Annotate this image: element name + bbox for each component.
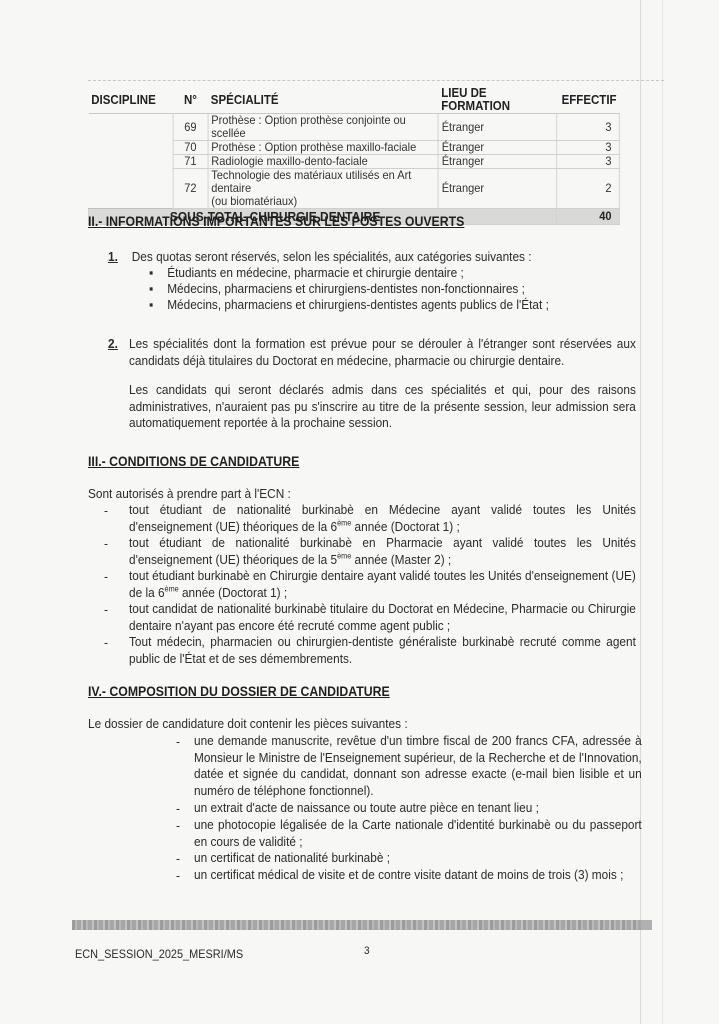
section-4-title: IV.- COMPOSITION DU DOSSIER DE CANDIDATU… xyxy=(88,684,390,701)
row-lieu: Étranger xyxy=(438,114,557,141)
condition-item: tout étudiant de nationalité burkinabè e… xyxy=(129,535,636,568)
header-specialite: SPÉCIALITÉ xyxy=(208,87,438,114)
dash-bullet-icon: - xyxy=(176,734,180,751)
dossier-item: une photocopie légalisée de la Carte nat… xyxy=(194,817,642,850)
dash-bullet-icon: - xyxy=(176,801,180,818)
row-effectif: 3 xyxy=(557,114,619,141)
section-2-title: II.- INFORMATIONS IMPORTANTES SUR LES PO… xyxy=(88,214,464,231)
dossier-item: un extrait d'acte de naissance ou toute … xyxy=(194,800,642,817)
table-row: 69 Prothèse : Option prothèse conjointe … xyxy=(88,114,619,141)
row-specialite: Radiologie maxillo-dento-faciale xyxy=(208,155,438,169)
row-specialite-line1: Technologie des matériaux utilisés en Ar… xyxy=(211,169,435,195)
row-lieu: Étranger xyxy=(438,141,557,155)
row-specialite-line2: (ou biomatériaux) xyxy=(211,195,435,208)
row-specialite: Technologie des matériaux utilisés en Ar… xyxy=(208,169,438,209)
footer-rule xyxy=(72,920,641,930)
square-bullet-icon: ▪ xyxy=(149,281,162,298)
quota-bullet: ▪Médecins, pharmaciens et chirurgiens-de… xyxy=(149,281,525,298)
specialties-table: DISCIPLINE N° SPÉCIALITÉ LIEU DE FORMATI… xyxy=(88,87,620,225)
dash-bullet-icon: - xyxy=(104,503,108,520)
row-number: 72 xyxy=(173,169,208,209)
condition-item: Tout médecin, pharmacien ou chirurgien-d… xyxy=(129,634,636,667)
bullet-text: Médecins, pharmaciens et chirurgiens-den… xyxy=(167,281,525,296)
header-effectif: EFFECTIF xyxy=(557,87,619,114)
row-lieu: Étranger xyxy=(438,155,557,169)
row-number: 70 xyxy=(173,141,208,155)
subtotal-value: 40 xyxy=(557,209,619,225)
square-bullet-icon: ▪ xyxy=(149,265,162,282)
bullet-text: Médecins, pharmaciens et chirurgiens-den… xyxy=(167,297,549,312)
dash-bullet-icon: - xyxy=(104,635,108,652)
header-lieu: LIEU DE FORMATION xyxy=(438,87,557,114)
dash-bullet-icon: - xyxy=(104,569,108,586)
section-3-intro: Sont autorisés à prendre part à l'ECN : xyxy=(88,486,291,503)
item-text: Des quotas seront réservés, selon les sp… xyxy=(132,249,532,264)
footer-reference: ECN_SESSION_2025_MESRI/MS xyxy=(75,946,243,963)
dash-bullet-icon: - xyxy=(176,818,180,835)
row-specialite: Prothèse : Option prothèse maxillo-facia… xyxy=(208,141,438,155)
quota-bullet: ▪Étudiants en médecine, pharmacie et chi… xyxy=(149,265,464,282)
dossier-item: un certificat de nationalité burkinabè ; xyxy=(194,850,642,867)
page-edge-shadow xyxy=(662,0,663,1024)
condition-item: tout étudiant burkinabè en Chirurgie den… xyxy=(129,568,636,601)
item-number: 2. xyxy=(108,336,118,353)
condition-item: tout candidat de nationalité burkinabè t… xyxy=(129,601,636,634)
table-header-row: DISCIPLINE N° SPÉCIALITÉ LIEU DE FORMATI… xyxy=(88,87,619,114)
table-top-border xyxy=(88,80,664,81)
section-2-item-1: 1. Des quotas seront réservés, selon les… xyxy=(108,249,532,266)
dash-bullet-icon: - xyxy=(176,868,180,885)
footer-rule-end xyxy=(641,920,652,930)
section-4-intro: Le dossier de candidature doit contenir … xyxy=(88,716,408,733)
header-number: N° xyxy=(173,87,208,114)
row-effectif: 3 xyxy=(557,155,619,169)
dash-bullet-icon: - xyxy=(176,851,180,868)
row-effectif: 3 xyxy=(557,141,619,155)
item-number: 1. xyxy=(108,249,118,264)
bullet-text: Étudiants en médecine, pharmacie et chir… xyxy=(167,265,464,280)
section-2-item-2-text: Les spécialités dont la formation est pr… xyxy=(129,336,636,369)
row-effectif: 2 xyxy=(557,169,619,209)
section-2-item-2-paragraph: Les candidats qui seront déclarés admis … xyxy=(129,382,636,432)
header-discipline: DISCIPLINE xyxy=(88,87,172,114)
dash-bullet-icon: - xyxy=(104,602,108,619)
section-3-title: III.- CONDITIONS DE CANDIDATURE xyxy=(88,454,299,471)
square-bullet-icon: ▪ xyxy=(149,297,162,314)
condition-item: tout étudiant de nationalité burkinabè e… xyxy=(129,502,636,535)
row-number: 71 xyxy=(173,155,208,169)
row-specialite: Prothèse : Option prothèse conjointe ou … xyxy=(208,114,438,141)
row-lieu: Étranger xyxy=(438,169,557,209)
page-number: 3 xyxy=(364,943,370,960)
dossier-item: un certificat médical de visite et de co… xyxy=(194,867,642,884)
dash-bullet-icon: - xyxy=(104,536,108,553)
row-number: 69 xyxy=(173,114,208,141)
dossier-item: une demande manuscrite, revêtue d'un tim… xyxy=(194,733,642,799)
discipline-cell xyxy=(88,114,172,209)
quota-bullet: ▪Médecins, pharmaciens et chirurgiens-de… xyxy=(149,297,549,314)
